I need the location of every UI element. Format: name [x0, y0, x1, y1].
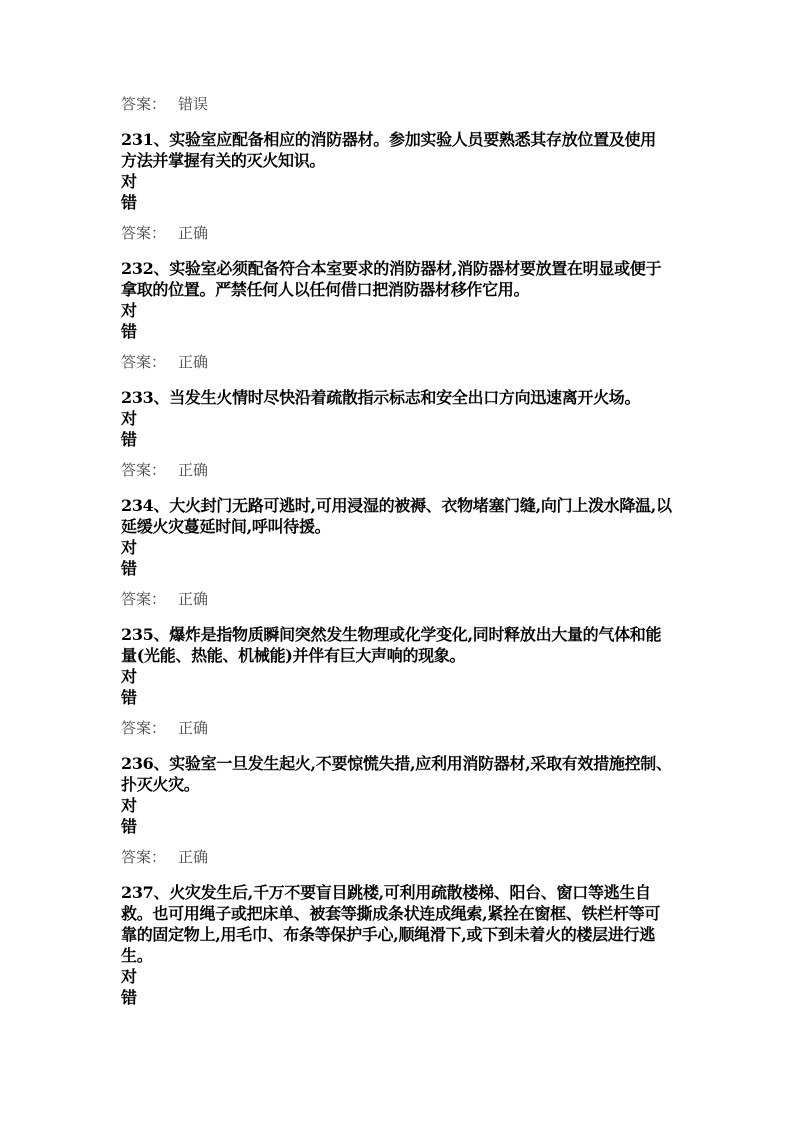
question-236: 236、实验室一旦发生起火,不要惊慌失措,应利用消防器材,采取有效措施控制、 扑…: [121, 753, 681, 868]
answer-value: 正确: [178, 590, 208, 608]
question-text: 232、实验室必须配备符合本室要求的消防器材,消防器材要放置在明显或便于 拿取的…: [121, 258, 681, 300]
answer-value: 错误: [178, 95, 208, 113]
question-line: 233、当发生火情时尽快沿着疏散指示标志和安全出口方向迅速离开火场。: [121, 387, 681, 408]
question-232: 232、实验室必须配备符合本室要求的消防器材,消防器材要放置在明显或便于 拿取的…: [121, 258, 681, 373]
question-line: 量(光能、热能、机械能)并伴有巨大声响的现象。: [121, 645, 681, 666]
question-text: 231、实验室应配备相应的消防器材。参加实验人员要熟悉其存放位置及使用 方法并掌…: [121, 129, 681, 171]
answer-line: 答案：正确: [121, 460, 681, 481]
answer-value: 正确: [178, 461, 208, 479]
answer-value: 正确: [178, 224, 208, 242]
question-233: 233、当发生火情时尽快沿着疏散指示标志和安全出口方向迅速离开火场。 对 错 答…: [121, 387, 681, 481]
question-line: 232、实验室必须配备符合本室要求的消防器材,消防器材要放置在明显或便于: [121, 258, 681, 279]
question-line: 拿取的位置。严禁任何人以任何借口把消防器材移作它用。: [121, 279, 681, 300]
question-line: 236、实验室一旦发生起火,不要惊慌失措,应利用消防器材,采取有效措施控制、: [121, 753, 681, 774]
question-237: 237、火灾发生后,千万不要盲目跳楼,可利用疏散楼梯、阳台、窗口等逃生自 救。也…: [121, 882, 681, 1008]
question-line: 235、爆炸是指物质瞬间突然发生物理或化学变化,同时释放出大量的气体和能: [121, 624, 681, 645]
option-false[interactable]: 错: [121, 687, 681, 708]
question-text: 235、爆炸是指物质瞬间突然发生物理或化学变化,同时释放出大量的气体和能 量(光…: [121, 624, 681, 666]
answer-label: 答案：: [121, 589, 178, 610]
question-line: 生。: [121, 945, 681, 966]
option-true[interactable]: 对: [121, 537, 681, 558]
question-line: 方法并掌握有关的灭火知识。: [121, 150, 681, 171]
question-line: 234、大火封门无路可逃时,可用浸湿的被褥、衣物堵塞门缝,向门上泼水降温,以: [121, 495, 681, 516]
question-231: 231、实验室应配备相应的消防器材。参加实验人员要熟悉其存放位置及使用 方法并掌…: [121, 129, 681, 244]
question-235: 235、爆炸是指物质瞬间突然发生物理或化学变化,同时释放出大量的气体和能 量(光…: [121, 624, 681, 739]
option-true[interactable]: 对: [121, 300, 681, 321]
question-line: 237、火灾发生后,千万不要盲目跳楼,可利用疏散楼梯、阳台、窗口等逃生自: [121, 882, 681, 903]
question-text: 234、大火封门无路可逃时,可用浸湿的被褥、衣物堵塞门缝,向门上泼水降温,以 延…: [121, 495, 681, 537]
option-true[interactable]: 对: [121, 966, 681, 987]
answer-line: 答案：正确: [121, 847, 681, 868]
answer-line: 答案：正确: [121, 223, 681, 244]
option-false[interactable]: 错: [121, 192, 681, 213]
answer-value: 正确: [178, 719, 208, 737]
question-line: 靠的固定物上,用毛巾、布条等保护手心,顺绳滑下,或下到未着火的楼层进行逃: [121, 924, 681, 945]
question-text: 237、火灾发生后,千万不要盲目跳楼,可利用疏散楼梯、阳台、窗口等逃生自 救。也…: [121, 882, 681, 966]
answer-label: 答案：: [121, 94, 178, 115]
question-234: 234、大火封门无路可逃时,可用浸湿的被褥、衣物堵塞门缝,向门上泼水降温,以 延…: [121, 495, 681, 610]
option-false[interactable]: 错: [121, 558, 681, 579]
option-false[interactable]: 错: [121, 321, 681, 342]
answer-label: 答案：: [121, 847, 178, 868]
option-true[interactable]: 对: [121, 171, 681, 192]
option-true[interactable]: 对: [121, 408, 681, 429]
question-text: 236、实验室一旦发生起火,不要惊慌失措,应利用消防器材,采取有效措施控制、 扑…: [121, 753, 681, 795]
option-false[interactable]: 错: [121, 429, 681, 450]
option-true[interactable]: 对: [121, 666, 681, 687]
answer-value: 正确: [178, 353, 208, 371]
answer-label: 答案：: [121, 460, 178, 481]
answer-line: 答案：正确: [121, 718, 681, 739]
document-page: 答案：错误 231、实验室应配备相应的消防器材。参加实验人员要熟悉其存放位置及使…: [121, 94, 681, 1008]
answer-label: 答案：: [121, 223, 178, 244]
question-line: 延缓火灾蔓延时间,呼叫待援。: [121, 516, 681, 537]
question-line: 231、实验室应配备相应的消防器材。参加实验人员要熟悉其存放位置及使用: [121, 129, 681, 150]
answer-label: 答案：: [121, 718, 178, 739]
option-false[interactable]: 错: [121, 816, 681, 837]
option-false[interactable]: 错: [121, 987, 681, 1008]
option-true[interactable]: 对: [121, 795, 681, 816]
answer-line: 答案：正确: [121, 352, 681, 373]
answer-label: 答案：: [121, 352, 178, 373]
question-text: 233、当发生火情时尽快沿着疏散指示标志和安全出口方向迅速离开火场。: [121, 387, 681, 408]
question-line: 扑灭火灾。: [121, 774, 681, 795]
answer-value: 正确: [178, 848, 208, 866]
answer-line: 答案：错误: [121, 94, 681, 115]
answer-line: 答案：正确: [121, 589, 681, 610]
question-line: 救。也可用绳子或把床单、被套等撕成条状连成绳索,紧拴在窗框、铁栏杆等可: [121, 903, 681, 924]
